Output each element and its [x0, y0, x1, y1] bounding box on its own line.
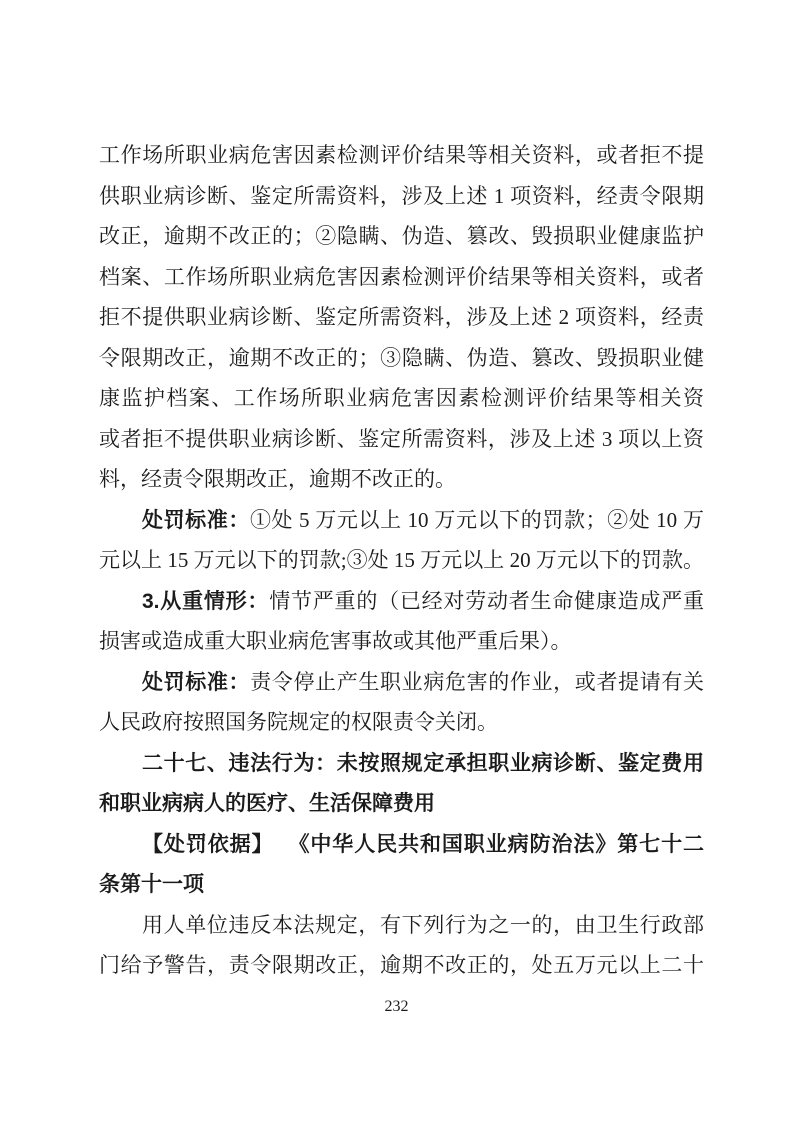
- text-line: 损害或造成重大职业病危害事故或其他严重后果）。: [99, 621, 704, 662]
- text-line: 工作场所职业病危害因素检测评价结果等相关资料，或者拒不提: [99, 135, 704, 176]
- text-segment: 条第十一项: [99, 872, 204, 896]
- text-segment: 门给予警告，责令限期改正，逾期不改正的，处五万元以上二十: [99, 953, 704, 977]
- text-segment: 拒不提供职业病诊断、鉴定所需资料，涉及上述 2 项资料，经责: [99, 305, 704, 329]
- text-segment: 改正，逾期不改正的；②隐瞒、伪造、篡改、毁损职业健康监护: [99, 224, 704, 248]
- text-segment: 元以上 15 万元以下的罚款;③处 15 万元以上 20 万元以下的罚款。: [99, 548, 704, 572]
- text-line: 和职业病病人的医疗、生活保障费用: [99, 783, 704, 824]
- text-line: 3.从重情形：情节严重的（已经对劳动者生命健康造成严重: [99, 581, 704, 622]
- text-segment: 料，经责令限期改正，逾期不改正的。: [99, 467, 456, 491]
- heading-label: 【处罚依据】: [142, 833, 274, 856]
- text-line: 人民政府按照国务院规定的权限责令关闭。: [99, 702, 704, 743]
- text-segment: 情节严重的（已经对劳动者生命健康造成严重: [269, 589, 704, 613]
- text-segment: ①处 5 万元以上 10 万元以下的罚款；②处 10 万: [250, 508, 704, 532]
- text-line: 料，经责令限期改正，逾期不改正的。: [99, 459, 704, 500]
- text-segment: 人民政府按照国务院规定的权限责令关闭。: [99, 710, 498, 734]
- text-line: 令限期改正，逾期不改正的；③隐瞒、伪造、篡改、毁损职业健: [99, 338, 704, 379]
- text-segment: 和职业病病人的医疗、生活保障费用: [99, 791, 435, 815]
- text-line: 二十七、违法行为：未按照规定承担职业病诊断、鉴定费用: [99, 743, 704, 784]
- text-line: 元以上 15 万元以下的罚款;③处 15 万元以上 20 万元以下的罚款。: [99, 540, 704, 581]
- document-page: 工作场所职业病危害因素检测评价结果等相关资料，或者拒不提供职业病诊断、鉴定所需资…: [0, 0, 793, 1122]
- text-line: 处罚标准：责令停止产生职业病危害的作业，或者提请有关: [99, 662, 704, 703]
- text-line: 用人单位违反本法规定，有下列行为之一的，由卫生行政部: [99, 905, 704, 946]
- text-segment: 康监护档案、工作场所职业病危害因素检测评价结果等相关资料，: [99, 386, 704, 419]
- text-line: 供职业病诊断、鉴定所需资料，涉及上述 1 项资料，经责令限期: [99, 176, 704, 217]
- text-line: 档案、工作场所职业病危害因素检测评价结果等相关资料，或者: [99, 257, 704, 298]
- text-segment: 责令停止产生职业病危害的作业，或者提请有关: [250, 670, 704, 694]
- text-line: 【处罚依据】《中华人民共和国职业病防治法》第七十二: [99, 824, 704, 865]
- heading-label: 3.从重情形：: [142, 590, 269, 613]
- text-segment: 档案、工作场所职业病危害因素检测评价结果等相关资料，或者: [99, 265, 704, 289]
- text-segment: 二十七、违法行为：未按照规定承担职业病诊断、鉴定费用: [142, 751, 704, 775]
- text-line: 门给予警告，责令限期改正，逾期不改正的，处五万元以上二十: [99, 945, 704, 986]
- text-line: 改正，逾期不改正的；②隐瞒、伪造、篡改、毁损职业健康监护: [99, 216, 704, 257]
- text-line: 或者拒不提供职业病诊断、鉴定所需资料，涉及上述 3 项以上资: [99, 419, 704, 460]
- text-line: 拒不提供职业病诊断、鉴定所需资料，涉及上述 2 项资料，经责: [99, 297, 704, 338]
- text-line: 条第十一项: [99, 864, 704, 905]
- text-segment: 令限期改正，逾期不改正的；③隐瞒、伪造、篡改、毁损职业健: [99, 346, 704, 370]
- text-segment: 工作场所职业病危害因素检测评价结果等相关资料，或者拒不提: [99, 143, 704, 167]
- page-body: 工作场所职业病危害因素检测评价结果等相关资料，或者拒不提供职业病诊断、鉴定所需资…: [99, 135, 704, 986]
- text-segment: 或者拒不提供职业病诊断、鉴定所需资料，涉及上述 3 项以上资: [99, 427, 704, 451]
- text-line: 康监护档案、工作场所职业病危害因素检测评价结果等相关资料，: [99, 378, 704, 419]
- text-segment: 《中华人民共和国职业病防治法》第七十二: [288, 832, 704, 856]
- text-line: 处罚标准：①处 5 万元以上 10 万元以下的罚款；②处 10 万: [99, 500, 704, 541]
- text-segment: 供职业病诊断、鉴定所需资料，涉及上述 1 项资料，经责令限期: [99, 184, 704, 208]
- text-segment: 损害或造成重大职业病危害事故或其他严重后果）。: [99, 629, 572, 653]
- heading-label: 处罚标准：: [142, 671, 250, 694]
- heading-label: 处罚标准：: [142, 509, 250, 532]
- text-segment: 用人单位违反本法规定，有下列行为之一的，由卫生行政部: [142, 913, 704, 937]
- page-number: 232: [0, 998, 793, 1016]
